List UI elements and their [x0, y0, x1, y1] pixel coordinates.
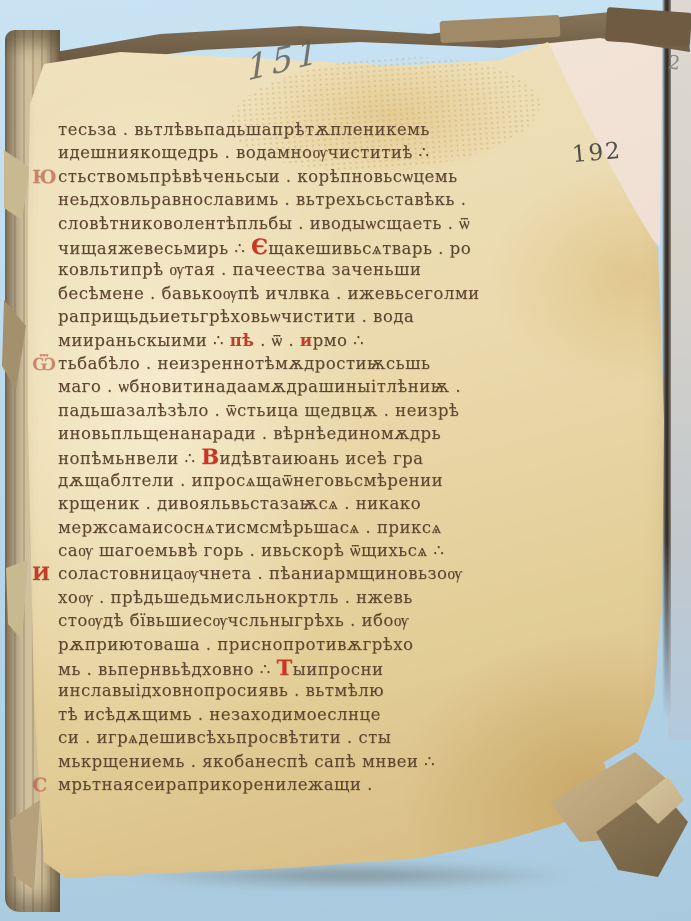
text-segment: мрьтнаясеираприкоренилежащи . [58, 775, 373, 794]
book-block-edge-line [662, 0, 671, 720]
text-segment: саѹ шагоемьвѣ горь . ивьскорѣ ѿщихьсѧ ∴ [58, 541, 444, 560]
text-segment: неьдховльравнославимь . вьтрехьсьставѣкь… [58, 190, 466, 209]
text-segment: рмо ∴ [313, 331, 365, 350]
manuscript-line: неьдховльравнославимь . вьтрехьсьставѣкь… [58, 188, 633, 211]
text-segment: бесѣмене . бавькоѹпѣ ичлвка . ижевьсегол… [58, 284, 480, 303]
manuscript-line: саѹ шагоемьвѣ горь . ивьскорѣ ѿщихьсѧ ∴ [58, 539, 633, 562]
text-segment: словѣтниковолентѣпльбы . иводыѡсщаеть . … [58, 214, 470, 233]
manuscript-line: словѣтниковолентѣпльбы . иводыѡсщаеть . … [58, 212, 633, 235]
text-segment: идѣвтаиюань исеѣ гра [219, 449, 423, 468]
text-segment: тѣ исѣдѫщимь . незаходимоеслнце [58, 705, 381, 724]
manuscript-line: иновьпльщенанаради . вѣрнѣединомѫдрь [58, 422, 633, 445]
manuscript-line: мь . вьпернвьѣдховно ∴ Тыипросни [58, 656, 633, 679]
text-segment: мькрщениемь . якобанеспѣ сапѣ мнвеи ∴ [58, 752, 435, 771]
text-segment: раприщьдьиетьгрѣховьѡчистити . вода [58, 307, 414, 326]
rubric-text: Є [251, 234, 268, 259]
text-segment: . ѿ . [254, 331, 299, 350]
text-segment: падьшазалѣзѣло . ѿстьица щедвцѫ . неизрѣ [58, 401, 459, 420]
text-segment: стоѹдѣ бївьшиесѹчсльныгрѣхь . ибоѹ [58, 611, 409, 630]
right-paper-edge [668, 0, 691, 740]
manuscript-line: стоѹдѣ бївьшиесѹчсльныгрѣхь . ибоѹ [58, 609, 633, 632]
text-segment: миираньскыими ∴ [58, 331, 230, 350]
text-segment: мь . вьпернвьѣдховно ∴ [58, 660, 276, 679]
manuscript-line: Юстьствомьпрѣвѣченьсыи . корѣпновьсѡцемь [58, 165, 633, 188]
margin-initial: Ѿ [32, 353, 56, 376]
manuscript-line: маго . ѡбновитинадаамѫдрашиныітлѣниѭ . [58, 375, 633, 398]
manuscript-line: идешниякощедрь . водамноѹчиститиѣ ∴ [58, 141, 633, 164]
manuscript-line: мержсамаисоснѧтисмсмѣрьшасѧ . приксѧ [58, 516, 633, 539]
text-segment: щакешивьсѧтварь . ро [268, 239, 471, 258]
rubric-text: Т [276, 655, 292, 680]
text-segment: стьствомьпрѣвѣченьсыи . корѣпновьсѡцемь [58, 167, 458, 186]
text-segment: хоѹ . прѣдьшедьмисльнокртль . нжевь [58, 588, 413, 607]
manuscript-line: миираньскыими ∴ пѣ . ѿ . ирмо ∴ [58, 329, 633, 352]
manuscript-line: ковльтипрѣ ѹтая . пачеества заченьши [58, 258, 633, 281]
text-segment: нопѣмьнвели ∴ [58, 449, 201, 468]
margin-initial: С [32, 774, 48, 797]
text-segment: соластовницаѹчнета . пѣаниармщиновьзоѹ [58, 564, 462, 583]
manuscript-line: инславыідховнопросиявь . вьтмѣлю [58, 679, 633, 702]
manuscript-text-block: тесьза . вьтлѣвьпадьшапрѣтѫпленикемьидеш… [58, 118, 633, 796]
manuscript-line: нопѣмьнвели ∴ Видѣвтаиюань исеѣ гра [58, 445, 633, 468]
manuscript-line: Ѿтьбабѣло . неизреннотѣмѫдростиѭсьшь [58, 352, 633, 375]
text-segment: инславыідховнопросиявь . вьтмѣлю [58, 681, 384, 700]
torn-fragment [605, 7, 691, 47]
text-segment: дѫщаблтели . ипросѧщаѿнеговьсмѣрении [58, 471, 443, 490]
manuscript-line: бесѣмене . бавькоѹпѣ ичлвка . ижевьсегол… [58, 282, 633, 305]
manuscript-line: мькрщениемь . якобанеспѣ сапѣ мнвеи ∴ [58, 750, 633, 773]
manuscript-line: тесьза . вьтлѣвьпадьшапрѣтѫпленикемь [58, 118, 633, 141]
manuscript-photo: 151 192 2 тесьза . вьтлѣвьпадьшапрѣтѫпле… [0, 0, 691, 921]
text-segment: крщеник . дивояльвьстазаѭсѧ . никако [58, 494, 421, 513]
text-segment: рѫприютоваша . приснопротивѫгрѣхо [58, 635, 413, 654]
text-segment: мержсамаисоснѧтисмсмѣрьшасѧ . приксѧ [58, 518, 442, 537]
text-segment: ыипросни [293, 660, 384, 679]
manuscript-line: крщеник . дивояльвьстазаѭсѧ . никако [58, 492, 633, 515]
text-segment: си . игрѧдешивсѣхьпросвѣтити . сты [58, 728, 391, 747]
text-segment: иновьпльщенанаради . вѣрнѣединомѫдрь [58, 424, 441, 443]
margin-initial: Ю [32, 166, 57, 189]
manuscript-line: рѫприютоваша . приснопротивѫгрѣхо [58, 633, 633, 656]
manuscript-line: падьшазалѣзѣло . ѿстьица щедвцѫ . неизрѣ [58, 399, 633, 422]
text-segment: тьбабѣло . неизреннотѣмѫдростиѭсьшь [58, 354, 430, 373]
manuscript-line: тѣ исѣдѫщимь . незаходимоеслнце [58, 703, 633, 726]
rubric-text: и [300, 331, 313, 350]
manuscript-line: си . игрѧдешивсѣхьпросвѣтити . сты [58, 726, 633, 749]
text-segment: ковльтипрѣ ѹтая . пачеества заченьши [58, 260, 421, 279]
rubric-text: В [201, 444, 219, 469]
text-segment: маго . ѡбновитинадаамѫдрашиныітлѣниѭ . [58, 377, 461, 396]
text-segment: тесьза . вьтлѣвьпадьшапрѣтѫпленикемь [58, 120, 430, 139]
manuscript-line: чищаяжевесьмирь ∴ Єщакешивьсѧтварь . ро [58, 235, 633, 258]
manuscript-line: дѫщаблтели . ипросѧщаѿнеговьсмѣрении [58, 469, 633, 492]
manuscript-line: Исоластовницаѹчнета . пѣаниармщиновьзоѹ [58, 562, 633, 585]
margin-initial: И [32, 563, 50, 586]
text-segment: идешниякощедрь . водамноѹчиститиѣ ∴ [58, 143, 430, 162]
manuscript-line: хоѹ . прѣдьшедьмисльнокртль . нжевь [58, 586, 633, 609]
manuscript-line: Смрьтнаясеираприкоренилежащи . [58, 773, 633, 796]
rubric-text: пѣ [230, 331, 255, 350]
manuscript-line: раприщьдьиетьгрѣховьѡчистити . вода [58, 305, 633, 328]
text-segment: чищаяжевесьмирь ∴ [58, 239, 251, 258]
